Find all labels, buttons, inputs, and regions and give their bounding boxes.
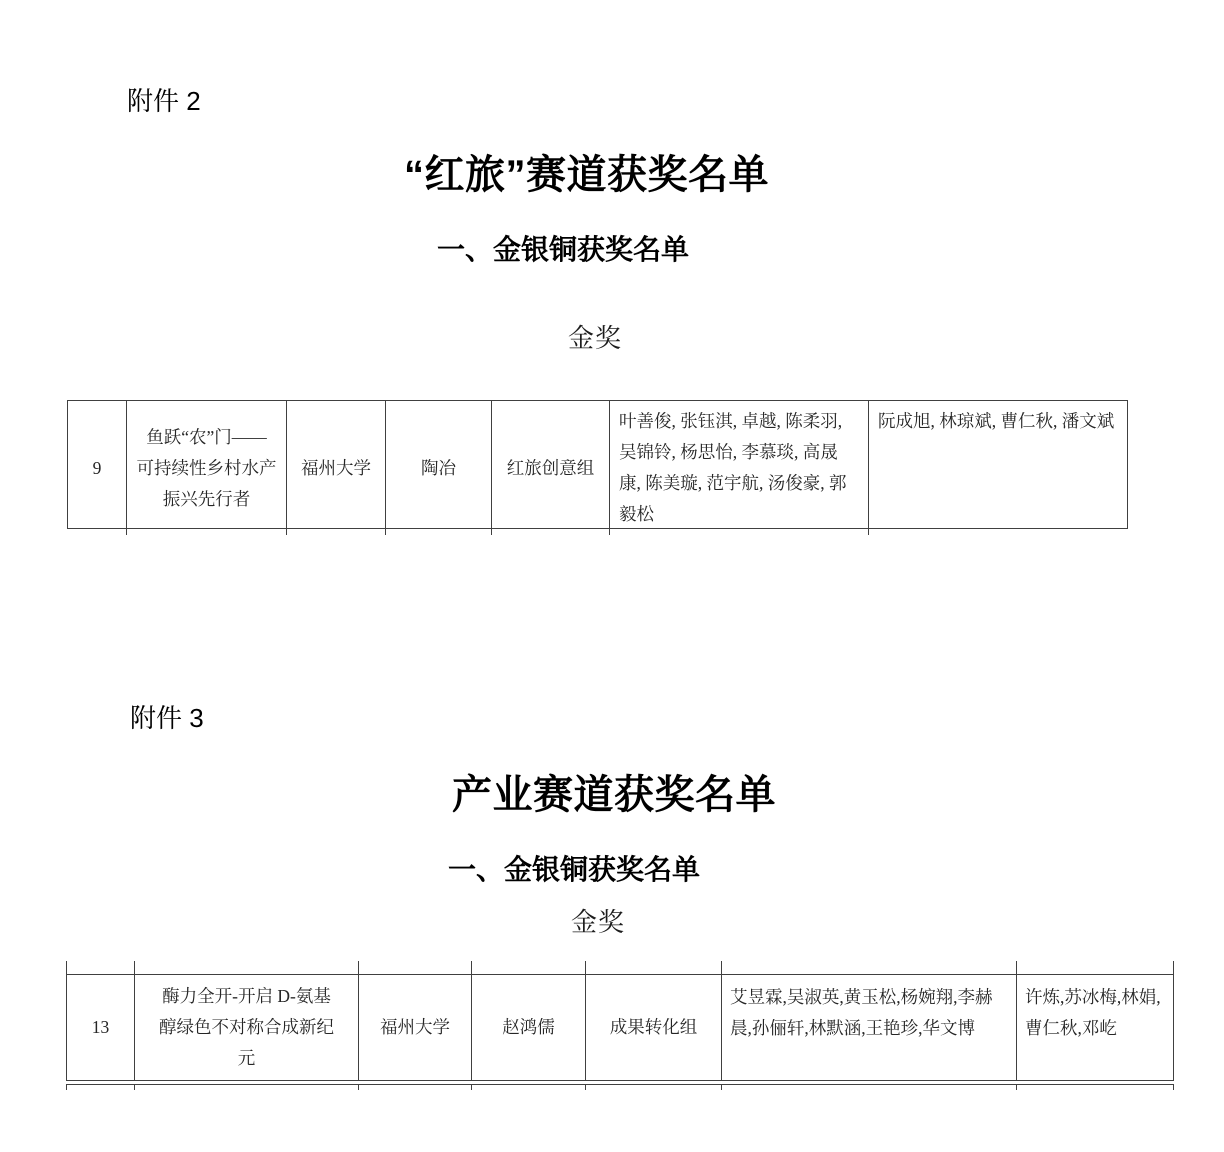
project-leader-cell: 赵鸿儒 — [471, 975, 585, 1080]
industry-gold-row: 13 酶力全开-开启 D-氨基 醇绿色不对称合成新纪 元 福州大学 赵鸿儒 成果… — [66, 974, 1174, 1081]
project-name-cell: 酶力全开-开启 D-氨基 醇绿色不对称合成新纪 元 — [134, 975, 358, 1080]
group-category-cell: 成果转化组 — [585, 975, 721, 1080]
table-fragment-top-row — [66, 961, 1174, 974]
honglv-medal-list-subtitle: 一、金银铜获奖名单 — [437, 234, 689, 266]
table-fragment-cell — [358, 1085, 471, 1090]
industry-track-title: 产业赛道获奖名单 — [452, 772, 776, 818]
advisors-cell: 许炼,苏冰梅,林娟,曹仁秋,邓屹 — [1016, 975, 1174, 1080]
attachment-3-label: 附件 3 — [130, 703, 204, 733]
table-fragment-cell — [1016, 1085, 1174, 1090]
honglv-gold-award-heading: 金奖 — [568, 324, 622, 354]
project-leader-cell: 陶冶 — [385, 401, 491, 535]
table-fragment-cell — [471, 961, 585, 974]
serial-number-cell: 13 — [66, 975, 134, 1080]
honglv-track-title: “红旅”赛道获奖名单 — [404, 152, 769, 198]
attachment-2-label: 附件 2 — [127, 86, 201, 116]
group-category-cell: 红旅创意组 — [491, 401, 609, 535]
team-members-cell: 叶善俊, 张钰淇, 卓越, 陈柔羽, 吴锦铃, 杨思怡, 李慕琰, 高晟康, 陈… — [609, 401, 868, 535]
table-fragment-cell — [721, 1085, 1016, 1090]
table-fragment-cell — [721, 961, 1016, 974]
table-fragment-cell — [134, 1085, 358, 1090]
table-fragment-cell — [585, 1085, 721, 1090]
table-fragment-bottom-row — [66, 1084, 1174, 1090]
table-fragment-cell — [358, 961, 471, 974]
table-fragment-cell — [471, 1085, 585, 1090]
serial-number-cell: 9 — [68, 401, 126, 535]
table-fragment-cell — [66, 1085, 134, 1090]
document-page: 附件 2 “红旅”赛道获奖名单 一、金银铜获奖名单 金奖 9 鱼跃“农”门—— … — [0, 0, 1224, 1152]
university-cell: 福州大学 — [286, 401, 385, 535]
industry-gold-award-heading: 金奖 — [571, 908, 625, 938]
university-cell: 福州大学 — [358, 975, 471, 1080]
project-name-cell: 鱼跃“农”门—— 可持续性乡村水产 振兴先行者 — [126, 401, 286, 535]
table-fragment-cell — [585, 961, 721, 974]
advisors-cell: 阮成旭, 林琼斌, 曹仁秋, 潘文斌 — [868, 401, 1127, 535]
table-fragment-cell — [134, 961, 358, 974]
honglv-gold-award-table: 9 鱼跃“农”门—— 可持续性乡村水产 振兴先行者 福州大学 陶冶 红旅创意组 … — [67, 400, 1128, 529]
team-members-cell: 艾昱霖,吴淑英,黄玉松,杨婉翔,李赫晨,孙俪轩,林默涵,王艳珍,华文博 — [721, 975, 1016, 1080]
industry-gold-award-table-fragment: 13 酶力全开-开启 D-氨基 醇绿色不对称合成新纪 元 福州大学 赵鸿儒 成果… — [66, 961, 1174, 1090]
table-fragment-cell — [1016, 961, 1174, 974]
table-fragment-cell — [66, 961, 134, 974]
industry-medal-list-subtitle: 一、金银铜获奖名单 — [448, 854, 700, 886]
